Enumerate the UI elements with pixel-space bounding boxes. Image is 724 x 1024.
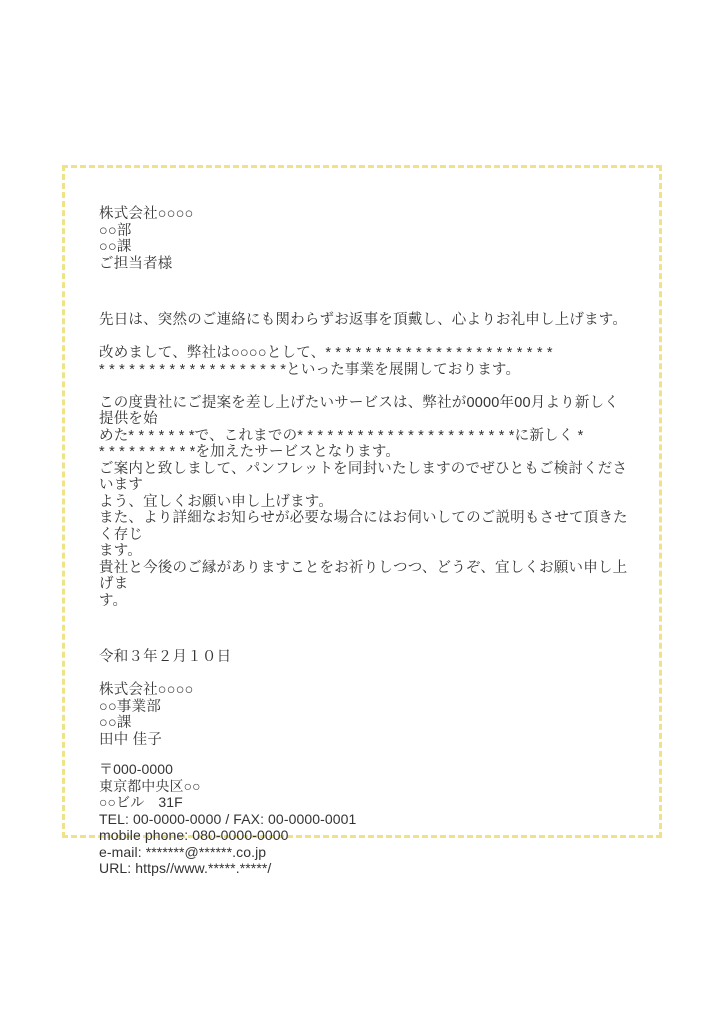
recipient-company: 株式会社○○○○: [99, 206, 631, 223]
letter-date: 令和３年２月１０日: [99, 649, 631, 666]
greeting-paragraph: 先日は、突然のご連絡にも関わらずお返事を頂戴し、心よりお礼申し上げます。: [99, 312, 631, 329]
contact-postal-code: 〒000-0000: [99, 761, 631, 778]
sender-block: 株式会社○○○○ ○○事業部 ○○課 田中 佳子: [99, 682, 631, 748]
contact-address-line2: ○○ビル 31F: [99, 794, 631, 811]
proposal-paragraph: この度貴社にご提案を差し上げたいサービスは、弊社が0000年00月より新しく提供…: [99, 395, 631, 610]
sender-department: ○○事業部: [99, 699, 631, 716]
intro-paragraph: 改めまして、弊社は○○○○として、* * * * * * * * * * * *…: [99, 345, 631, 378]
letter-border: 株式会社○○○○ ○○部 ○○課 ご担当者様 先日は、突然のご連絡にも関わらずお…: [62, 165, 662, 838]
sender-name: 田中 佳子: [99, 732, 631, 749]
sender-section: ○○課: [99, 715, 631, 732]
recipient-block: 株式会社○○○○ ○○部 ○○課 ご担当者様: [99, 206, 631, 272]
contact-tel-fax: TEL: 00-0000-0000 / FAX: 00-0000-0001: [99, 811, 631, 828]
contact-email: e-mail: *******@******.co.jp: [99, 844, 631, 861]
contact-block: 〒000-0000 東京都中央区○○ ○○ビル 31F TEL: 00-0000…: [99, 761, 631, 877]
recipient-person: ご担当者様: [99, 256, 631, 273]
recipient-section: ○○課: [99, 239, 631, 256]
contact-url: URL: https//www.*****.*****/: [99, 860, 631, 877]
letter-content: 株式会社○○○○ ○○部 ○○課 ご担当者様 先日は、突然のご連絡にも関わらずお…: [65, 168, 659, 877]
contact-mobile: mobile phone: 080-0000-0000: [99, 827, 631, 844]
contact-address-line1: 東京都中央区○○: [99, 778, 631, 795]
sender-company: 株式会社○○○○: [99, 682, 631, 699]
recipient-department: ○○部: [99, 223, 631, 240]
